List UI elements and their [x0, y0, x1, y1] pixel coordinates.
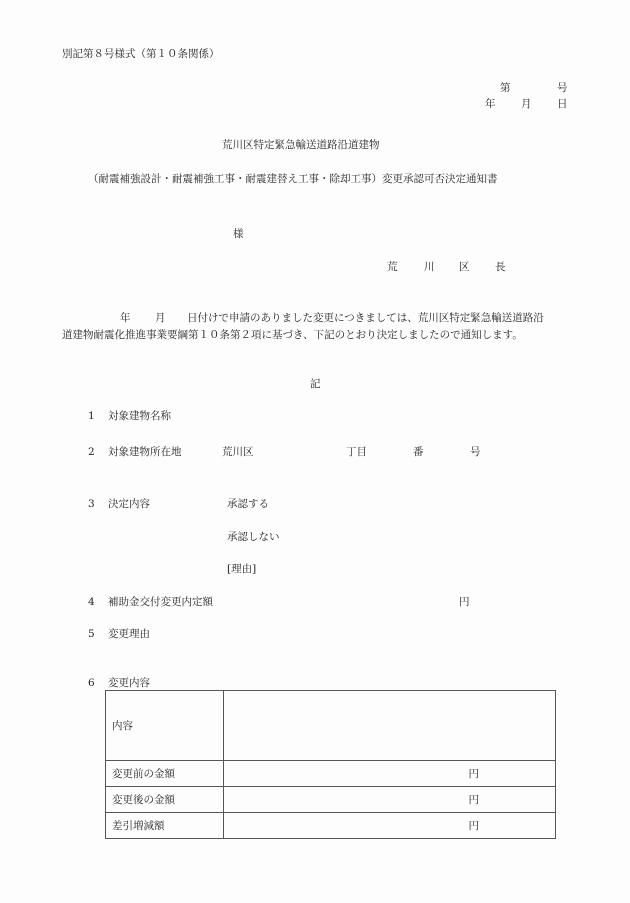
issuer-char: 川	[424, 262, 435, 273]
row-value: 円	[224, 761, 556, 787]
row-label: 変更後の金額	[106, 787, 224, 813]
table-row: 変更後の金額 円	[106, 787, 556, 813]
ki-heading: 記	[310, 379, 321, 390]
date-year: 年	[485, 99, 496, 110]
title-line-2: （耐震補強設計・耐震補強工事・耐震建替え工事・除却工事）変更承認可否決定通知書	[88, 174, 498, 185]
decision-option-approve: 承認する	[227, 499, 269, 510]
row-value: 円	[224, 813, 556, 839]
body-line-1: 日付けで申請のありました変更につきましては、荒川区特定緊急輸送道路沿	[187, 313, 544, 324]
item-number: 4	[88, 597, 95, 608]
issuer-char: 区	[459, 262, 470, 273]
title-line-1: 荒川区特定緊急輸送道路沿道建物	[222, 140, 380, 151]
table-row: 変更前の金額 円	[106, 761, 556, 787]
item-number: 6	[88, 678, 95, 689]
item-label: 変更理由	[108, 629, 150, 640]
body-year: 年	[120, 313, 131, 324]
item-label: 対象建物名称	[108, 411, 171, 422]
number-prefix: 第	[500, 83, 511, 94]
row-label: 変更前の金額	[106, 761, 224, 787]
item-label: 対象建物所在地	[108, 447, 182, 458]
address-ward: 荒川区	[222, 447, 254, 458]
item-number: 5	[88, 629, 95, 640]
table-row: 内容	[106, 691, 556, 761]
body-line-2: 道建物耐震化推進事業要綱第１０条第２項に基づき、下記のとおり決定しましたので通知…	[62, 330, 523, 341]
address-ban: 番	[413, 447, 424, 458]
item-number: 3	[88, 499, 95, 510]
address-go: 号	[470, 447, 481, 458]
body-month: 月	[155, 313, 166, 324]
row-label: 差引増減額	[106, 813, 224, 839]
issuer-char: 長	[495, 262, 506, 273]
item-label: 補助金交付変更内定額	[108, 597, 213, 608]
form-id: 別記第８号様式（第１０条関係）	[62, 49, 220, 60]
amount-unit: 円	[459, 597, 470, 608]
address-chome: 丁目	[346, 447, 367, 458]
row-value: 円	[224, 787, 556, 813]
date-day: 日	[557, 99, 568, 110]
item-label: 決定内容	[108, 499, 150, 510]
row-label: 内容	[106, 691, 224, 761]
item-number: 1	[88, 411, 95, 422]
row-value	[224, 691, 556, 761]
issuer-char: 荒	[387, 262, 398, 273]
item-label: 変更内容	[108, 678, 150, 689]
item-number: 2	[88, 447, 95, 458]
decision-reason: [理由]	[227, 564, 256, 575]
decision-option-reject: 承認しない	[227, 532, 280, 543]
change-details-table: 内容 変更前の金額 円 変更後の金額 円 差引増減額 円	[105, 690, 556, 839]
date-month: 月	[521, 99, 532, 110]
table-row: 差引増減額 円	[106, 813, 556, 839]
number-suffix: 号	[557, 83, 568, 94]
addressee-suffix: 様	[233, 229, 244, 240]
